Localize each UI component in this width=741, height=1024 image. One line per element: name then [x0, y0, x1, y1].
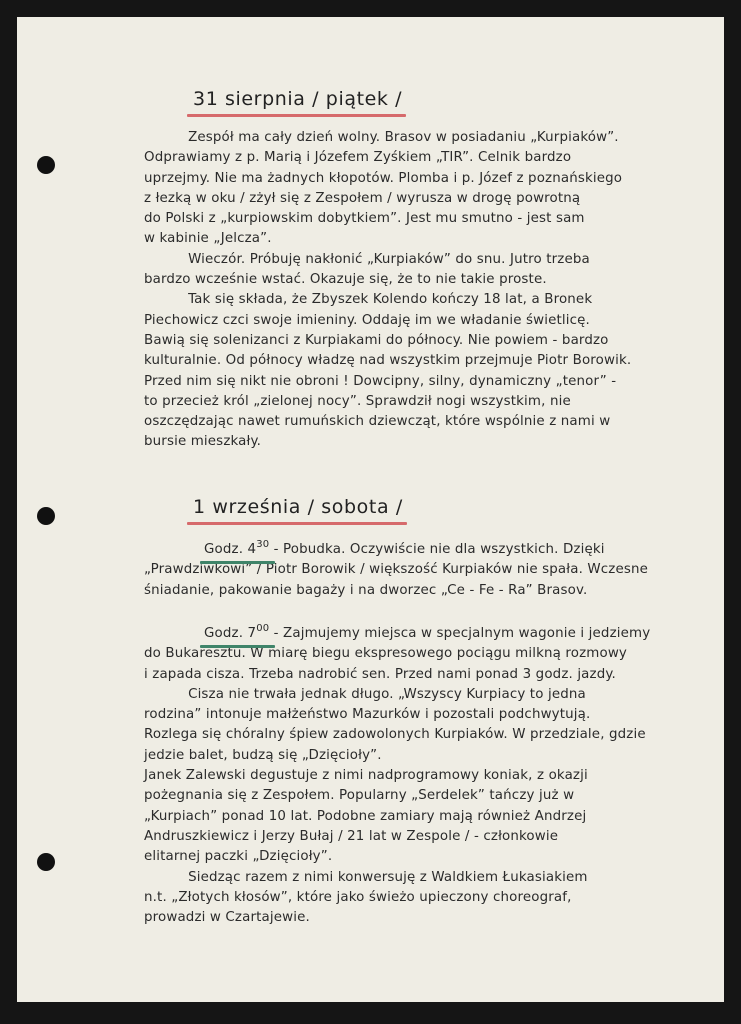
- section-heading-sep-1: 1 września / sobota /: [193, 496, 403, 518]
- text-line: Piechowicz czci swoje imieniny. Oddaję i…: [144, 311, 724, 331]
- punch-hole-middle: [37, 507, 55, 525]
- time-label: Godz. 430: [204, 540, 269, 560]
- text-line: to przecież król „zielonej nocy”. Sprawd…: [144, 392, 724, 412]
- text-line: Zespół ma cały dzień wolny. Brasov w pos…: [144, 128, 724, 148]
- text-line: Cisza nie trwała jednak długo. „Wszyscy …: [144, 685, 724, 705]
- time-minutes: 30: [256, 539, 269, 550]
- time-underline: [200, 561, 275, 564]
- document-page: 31 sierpnia / piątek / Zespół ma cały dz…: [17, 17, 724, 1002]
- time-entry-0430: Godz. 430 - Pobudka. Oczywiście nie dla …: [144, 540, 724, 601]
- text-line: Godz. 700 - Zajmujemy miejsca w specjaln…: [144, 624, 724, 644]
- heading-text: 1 września / sobota /: [193, 496, 403, 518]
- text-line: i zapada cisza. Trzeba nadrobić sen. Prz…: [144, 665, 724, 685]
- punch-hole-top: [37, 156, 55, 174]
- text-line: bardzo wcześnie wstać. Okazuje się, że t…: [144, 270, 724, 290]
- time-minutes: 00: [256, 623, 269, 634]
- text-line: jedzie balet, budzą się „Dzięcioły”.: [144, 746, 724, 766]
- text-line: rodzina” intonuje małżeństwo Mazurków i …: [144, 705, 724, 725]
- time-label: Godz. 700: [204, 624, 269, 644]
- text-line: bursie mieszkały.: [144, 432, 724, 452]
- text-line: Przed nim się nikt nie obroni ! Dowcipny…: [144, 372, 724, 392]
- text-line: Odprawiamy z p. Marią i Józefem Zyśkiem …: [144, 148, 724, 168]
- text-line: do Polski z „kurpiowskim dobytkiem”. Jes…: [144, 209, 724, 229]
- text-line: Janek Zalewski degustuje z nimi nadprogr…: [144, 766, 724, 786]
- heading-underline: [187, 522, 407, 525]
- text-line: oszczędzając nawet rumuńskich dziewcząt,…: [144, 412, 724, 432]
- heading-text: 31 sierpnia / piątek /: [193, 88, 402, 110]
- text-line: z łezką w oku / zżył się z Zespołem / wy…: [144, 189, 724, 209]
- text-line: „Kurpiach” ponad 10 lat. Podobne zamiary…: [144, 807, 724, 827]
- text-line: Andruszkiewicz i Jerzy Bułaj / 21 lat w …: [144, 827, 724, 847]
- text-line: n.t. „Złotych kłosów”, które jako świeżo…: [144, 888, 724, 908]
- section-body-aug-31: Zespół ma cały dzień wolny. Brasov w pos…: [144, 128, 724, 453]
- text-line: prowadzi w Czartajewie.: [144, 908, 724, 928]
- time-underline: [200, 645, 275, 648]
- text-line: pożegnania się z Zespołem. Popularny „Se…: [144, 786, 724, 806]
- heading-underline: [187, 114, 406, 117]
- text-line: w kabinie „Jelcza”.: [144, 229, 724, 249]
- text-line: uprzejmy. Nie ma żadnych kłopotów. Plomb…: [144, 169, 724, 189]
- text-line: Wieczór. Próbuję nakłonić „Kurpiaków” do…: [144, 250, 724, 270]
- section-heading-aug-31: 31 sierpnia / piątek /: [193, 88, 402, 110]
- text-line: Bawią się solenizanci z Kurpiakami do pó…: [144, 331, 724, 351]
- time-entry-0700: Godz. 700 - Zajmujemy miejsca w specjaln…: [144, 624, 724, 928]
- text-line: Siedząc razem z nimi konwersuję z Waldki…: [144, 868, 724, 888]
- text-line: Godz. 430 - Pobudka. Oczywiście nie dla …: [144, 540, 724, 560]
- text-line: Rozlega się chóralny śpiew zadowolonych …: [144, 725, 724, 745]
- text-line: kulturalnie. Od północy władzę nad wszys…: [144, 351, 724, 371]
- text-line: Tak się składa, że Zbyszek Kolendo kończ…: [144, 290, 724, 310]
- text-line: elitarnej paczki „Dzięcioły”.: [144, 847, 724, 867]
- text-line: śniadanie, pakowanie bagaży i na dworzec…: [144, 581, 724, 601]
- punch-hole-bottom: [37, 853, 55, 871]
